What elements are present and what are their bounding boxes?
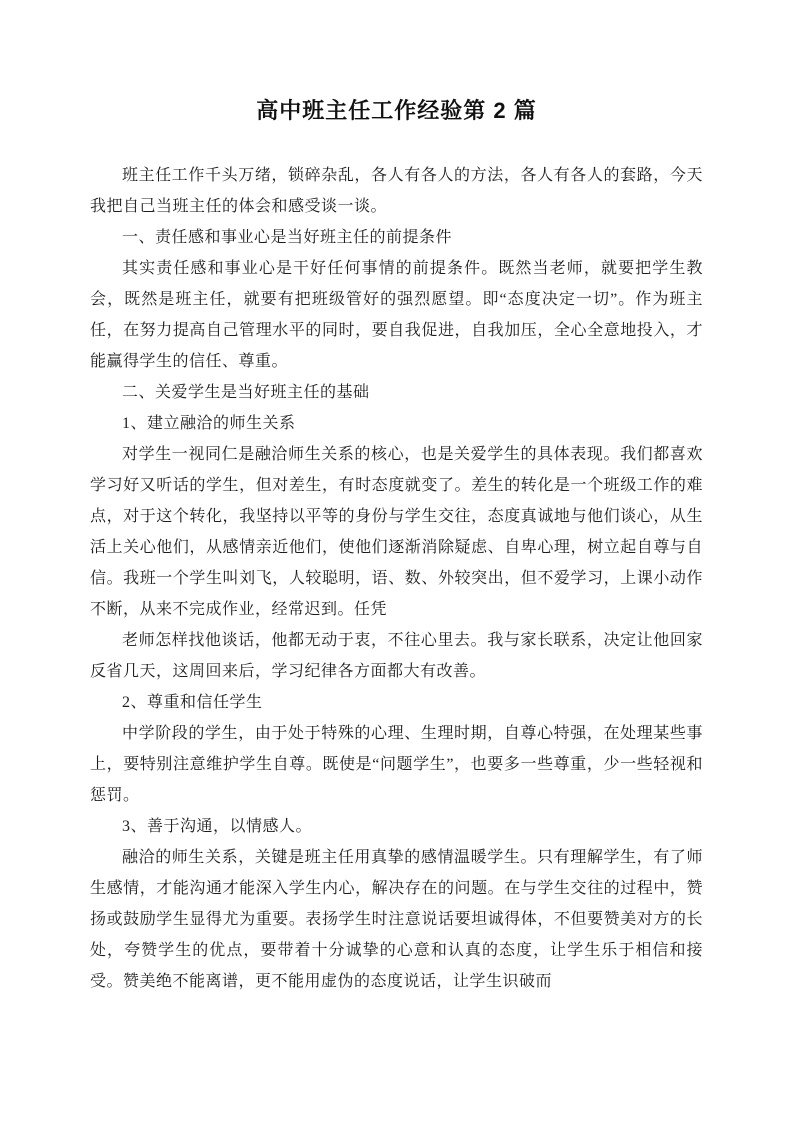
subsection-heading-2-3: 3、善于沟通，以情感人。: [90, 811, 703, 842]
paragraph-subsection-2-1b: 老师怎样找他谈话，他都无动于衷，不往心里去。我与家长联系，决定让他回家反省几天，…: [90, 625, 703, 687]
subsection-heading-2-2: 2、尊重和信任学生: [90, 687, 703, 718]
document-body: 班主任工作千头万绪，锁碎杂乱，各人有各人的方法，各人有各人的套路，今天我把自己当…: [90, 160, 703, 997]
paragraph-intro: 班主任工作千头万绪，锁碎杂乱，各人有各人的方法，各人有各人的套路，今天我把自己当…: [90, 160, 703, 222]
paragraph-section-1: 其实责任感和事业心是干好任何事情的前提条件。既然当老师，就要把学生教会，既然是班…: [90, 253, 703, 377]
section-heading-1: 一、责任感和事业心是当好班主任的前提条件: [90, 222, 703, 253]
paragraph-subsection-2-3: 融洽的师生关系，关键是班主任用真挚的感情温暖学生。只有理解学生，有了师生感情，才…: [90, 842, 703, 997]
document-page: 高中班主任工作经验第 2 篇 班主任工作千头万绪，锁碎杂乱，各人有各人的方法，各…: [0, 0, 793, 1122]
subsection-heading-2-1: 1、建立融洽的师生关系: [90, 408, 703, 439]
paragraph-subsection-2-2: 中学阶段的学生，由于处于特殊的心理、生理时期，自尊心特强，在处理某些事上，要特别…: [90, 718, 703, 811]
section-heading-2: 二、关爱学生是当好班主任的基础: [90, 377, 703, 408]
document-title: 高中班主任工作经验第 2 篇: [90, 96, 703, 126]
paragraph-subsection-2-1a: 对学生一视同仁是融洽师生关系的核心，也是关爱学生的具体表现。我们都喜欢学习好又听…: [90, 439, 703, 625]
